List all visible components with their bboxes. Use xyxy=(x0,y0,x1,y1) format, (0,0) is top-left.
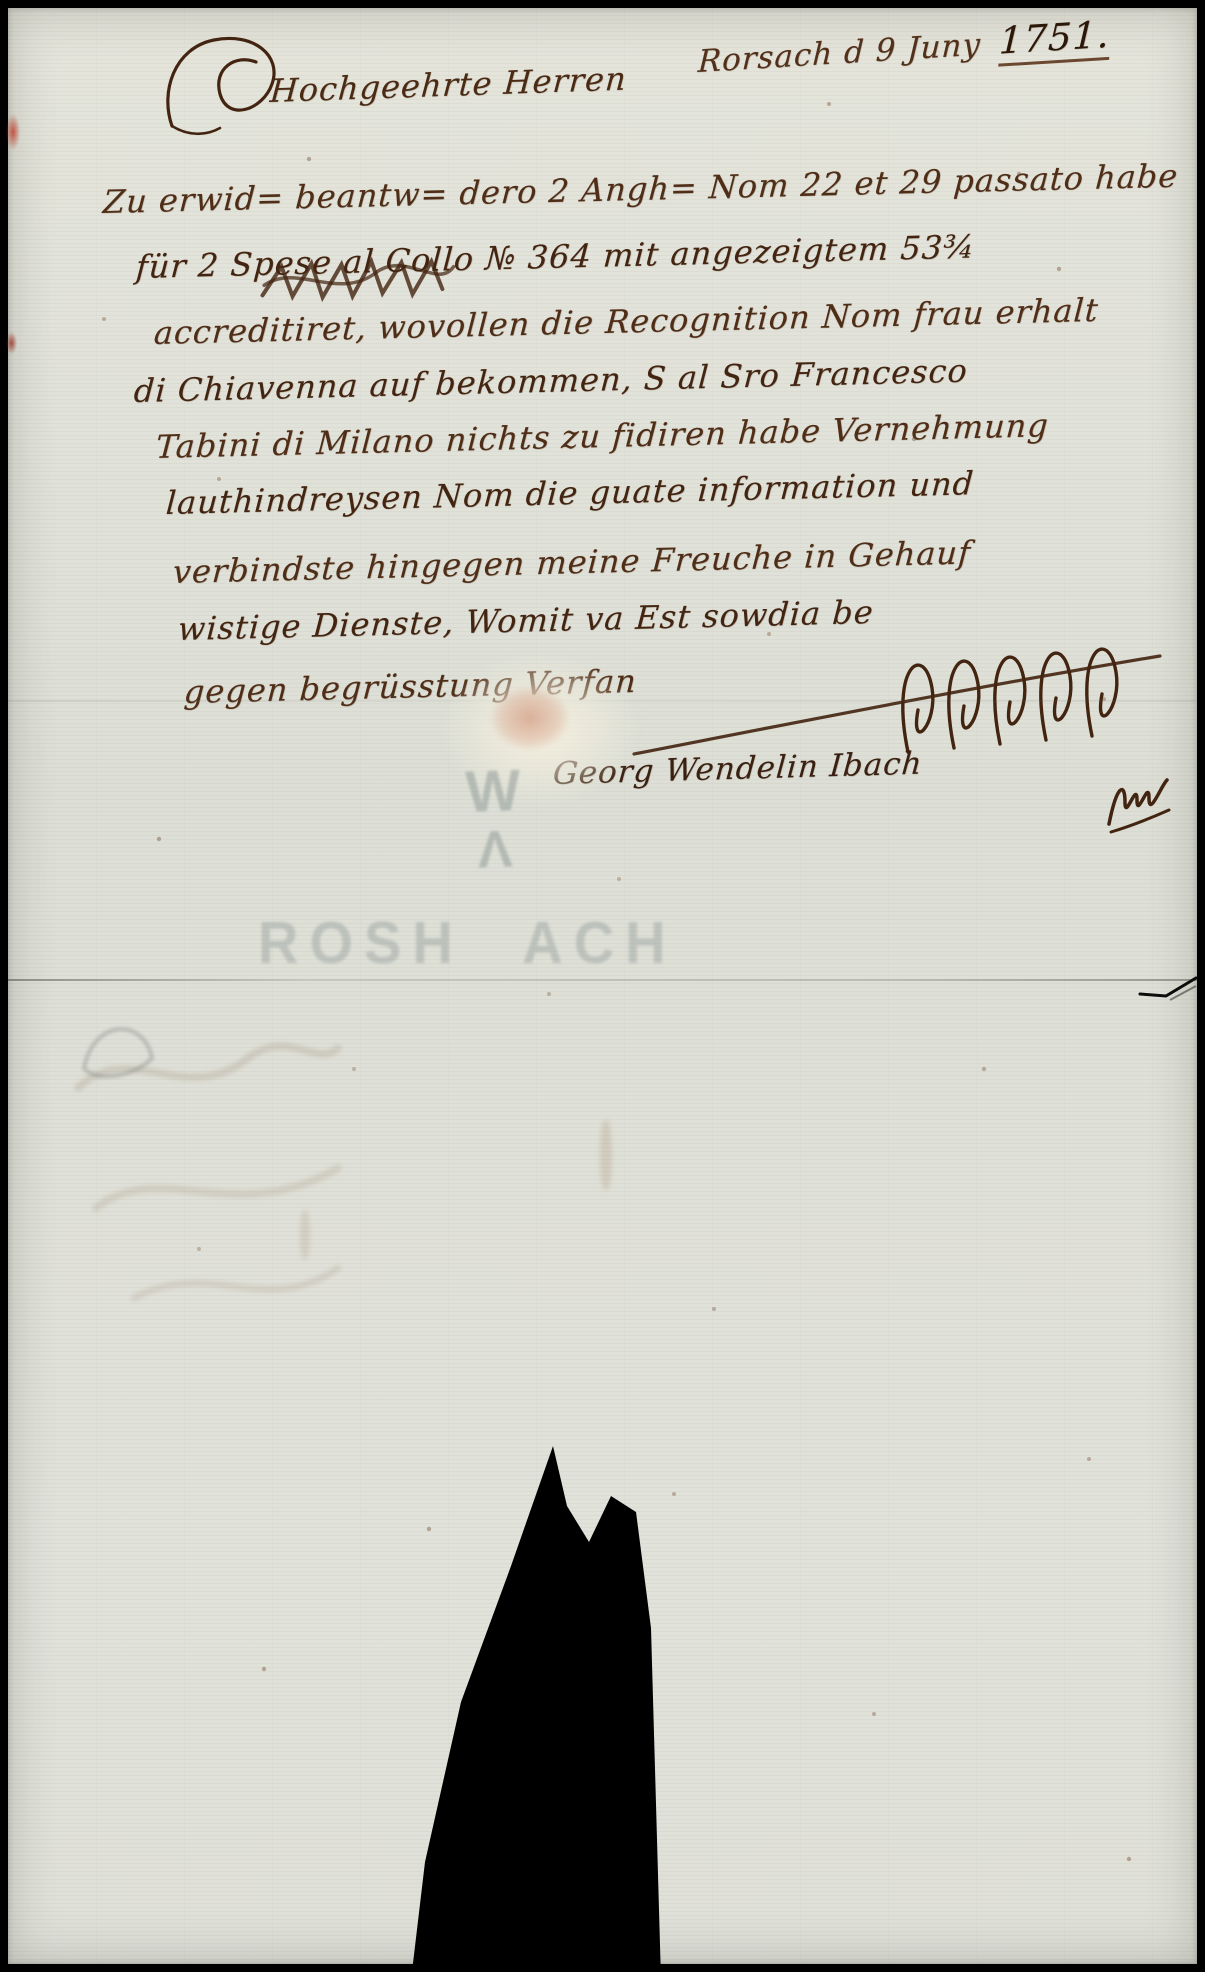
watermark-text: ROSH ACH xyxy=(258,908,677,977)
red-edge-mark-upper xyxy=(6,114,20,150)
crossed-out-word-scribble xyxy=(257,249,459,311)
watermark-monogram-top: W xyxy=(444,760,542,824)
dateline-year: 1751. xyxy=(998,13,1111,67)
signature-paraph xyxy=(1103,766,1173,841)
torn-missing-piece xyxy=(403,1438,668,1972)
body-line-5: Tabini di Milano nichts zu fidiren habe … xyxy=(155,406,1050,466)
scanned-letter-canvas: Rorsach d 9 Juny 1751. Hochgeehrte Herre… xyxy=(0,0,1205,1972)
verso-showthrough-curl xyxy=(74,1008,164,1088)
fold-crease-lower xyxy=(8,979,1197,981)
faint-ink-drip xyxy=(600,1120,612,1190)
watermark-monogram: W Λ xyxy=(444,760,544,879)
watermark-monogram-bottom: Λ xyxy=(446,821,544,879)
red-edge-mark-lower xyxy=(6,332,17,354)
body-line-7: verbindste hingegen meine Freuche in Geh… xyxy=(172,533,972,591)
pink-stain xyxy=(478,676,582,760)
body-line-4: di Chiavenna auf bekommen, S al Sro Fran… xyxy=(133,352,969,410)
faint-ink-drip-2 xyxy=(300,1210,310,1260)
salutation: Hochgeehrte Herren xyxy=(269,59,628,110)
right-edge-tear-crack xyxy=(1136,970,1198,1014)
dateline: Rorsach d 9 Juny 1751. xyxy=(697,13,1111,81)
dateline-place-date: Rorsach d 9 Juny xyxy=(697,27,982,80)
body-line-6: lauthindreysen Nom die guate information… xyxy=(165,464,976,522)
salutation-initial-flourish xyxy=(158,30,288,142)
verso-showthrough-3 xyxy=(128,1238,348,1328)
paper-speckles xyxy=(8,8,10,10)
letter-paper-sheet: Rorsach d 9 Juny 1751. Hochgeehrte Herre… xyxy=(8,8,1197,1964)
body-line-1: Zu erwid= beantw= dero 2 Angh= Nom 22 et… xyxy=(102,157,1180,221)
